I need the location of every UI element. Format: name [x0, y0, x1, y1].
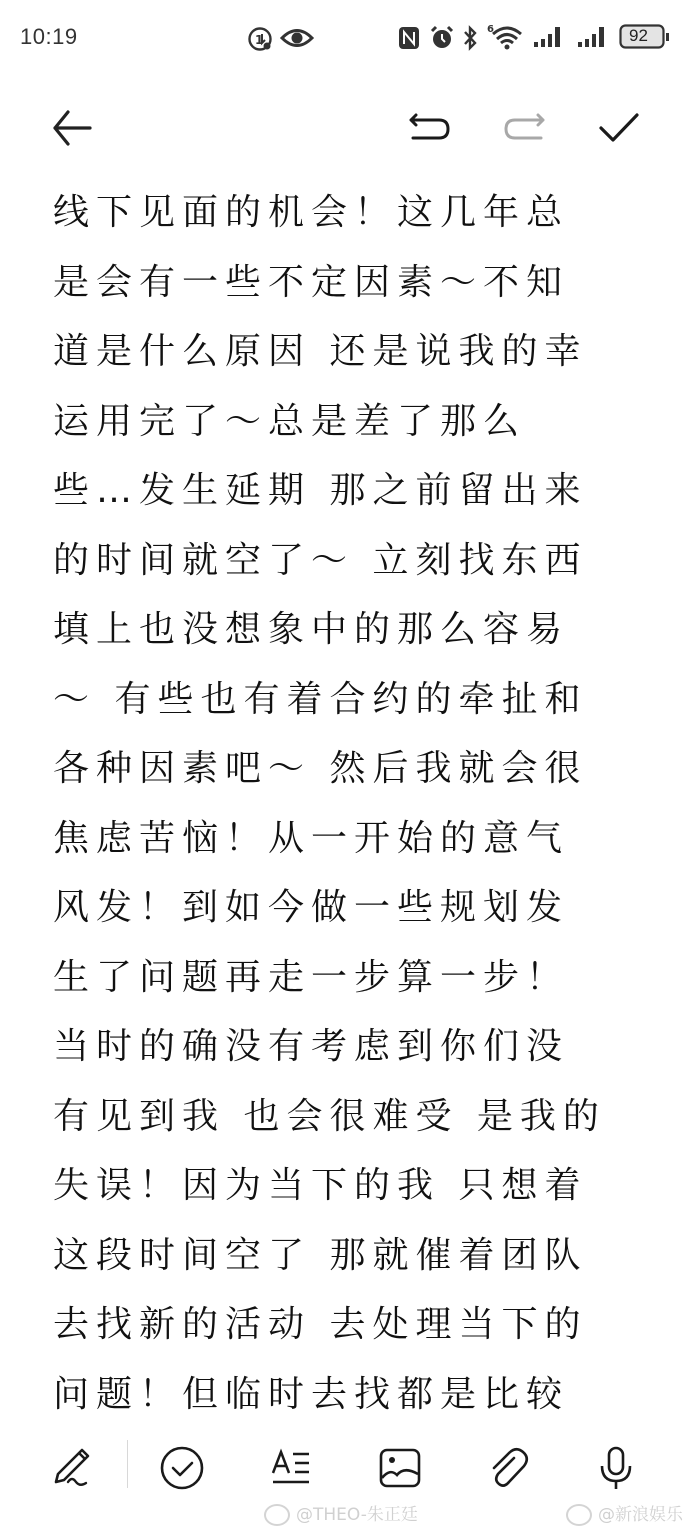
note-line: 去找新的活动 去处理当下的: [53, 1290, 653, 1360]
note-line: 道是什么原因 还是说我的幸: [53, 317, 653, 387]
note-line: 有见到我 也会很难受 是我的: [53, 1082, 653, 1152]
note-line: 这段时间空了 那就催着团队: [53, 1221, 653, 1291]
text-format-icon: [269, 1446, 315, 1490]
circle-check-icon: [159, 1445, 205, 1491]
checklist-button[interactable]: [152, 1430, 212, 1505]
status-bar: 10:19 1 6 92: [0, 0, 690, 76]
note-body[interactable]: 线下见面的机会！这几年总 是会有一些不定因素～不知 道是什么原因 还是说我的幸 …: [53, 178, 653, 1429]
note-line: 运用完了～总是差了那么: [53, 387, 653, 457]
signal-sim1-icon: [533, 26, 563, 52]
status-time: 10:19: [20, 24, 78, 50]
redo-button[interactable]: [494, 90, 554, 166]
voice-input-button[interactable]: [586, 1430, 646, 1505]
watermark-right: @新浪娱乐: [566, 1500, 683, 1526]
signal-sim2-icon: [577, 26, 607, 52]
bottom-toolbar: [0, 1430, 690, 1505]
bluetooth-icon: [462, 25, 478, 55]
attachment-button[interactable]: [478, 1430, 538, 1505]
note-line: ～ 有些也有着合约的牵扯和: [53, 665, 653, 735]
note-line: 各种因素吧～ 然后我就会很: [53, 734, 653, 804]
note-line: 些…发生延期 那之前留出来: [53, 456, 653, 526]
undo-icon: [408, 111, 452, 145]
wifi6-icon: 6: [487, 22, 523, 54]
alarm-icon: [430, 25, 454, 55]
eye-comfort-icon: [280, 27, 314, 53]
note-line: 的时间就空了～ 立刻找东西: [53, 526, 653, 596]
editor-toolbar: [0, 90, 690, 166]
done-button[interactable]: [589, 90, 649, 166]
text-format-button[interactable]: [262, 1430, 322, 1505]
paperclip-icon: [486, 1446, 530, 1490]
microphone-icon: [596, 1445, 636, 1491]
weibo-logo-icon: [566, 1504, 592, 1526]
data-saver-icon: 1: [247, 26, 273, 56]
note-line: 风发！到如今做一些规划发: [53, 873, 653, 943]
nfc-icon: [398, 26, 420, 54]
undo-button[interactable]: [400, 90, 460, 166]
note-line: 失误！因为当下的我 只想着: [53, 1151, 653, 1221]
redo-icon: [502, 111, 546, 145]
back-button[interactable]: [42, 90, 102, 166]
handwriting-button[interactable]: [42, 1430, 102, 1505]
note-line: 线下见面的机会！这几年总: [53, 178, 653, 248]
check-icon: [597, 110, 641, 146]
note-line: 问题！但临时去找都是比较: [53, 1360, 653, 1430]
note-line: 当时的确没有考虑到你们没: [53, 1012, 653, 1082]
pen-signature-icon: [50, 1446, 94, 1490]
note-line: 是会有一些不定因素～不知: [53, 248, 653, 318]
battery-level: 92: [629, 26, 648, 46]
weibo-logo-icon: [264, 1504, 290, 1526]
insert-image-button[interactable]: [370, 1430, 430, 1505]
battery-icon: 92: [619, 24, 671, 54]
image-icon: [378, 1446, 422, 1490]
watermark-left: @THEO-朱正廷: [264, 1500, 418, 1526]
note-line: 填上也没想象中的那么容易: [53, 595, 653, 665]
note-line: 生了问题再走一步算一步！: [53, 943, 653, 1013]
note-line: 焦虑苦恼！从一开始的意气: [53, 804, 653, 874]
arrow-left-icon: [50, 108, 94, 148]
